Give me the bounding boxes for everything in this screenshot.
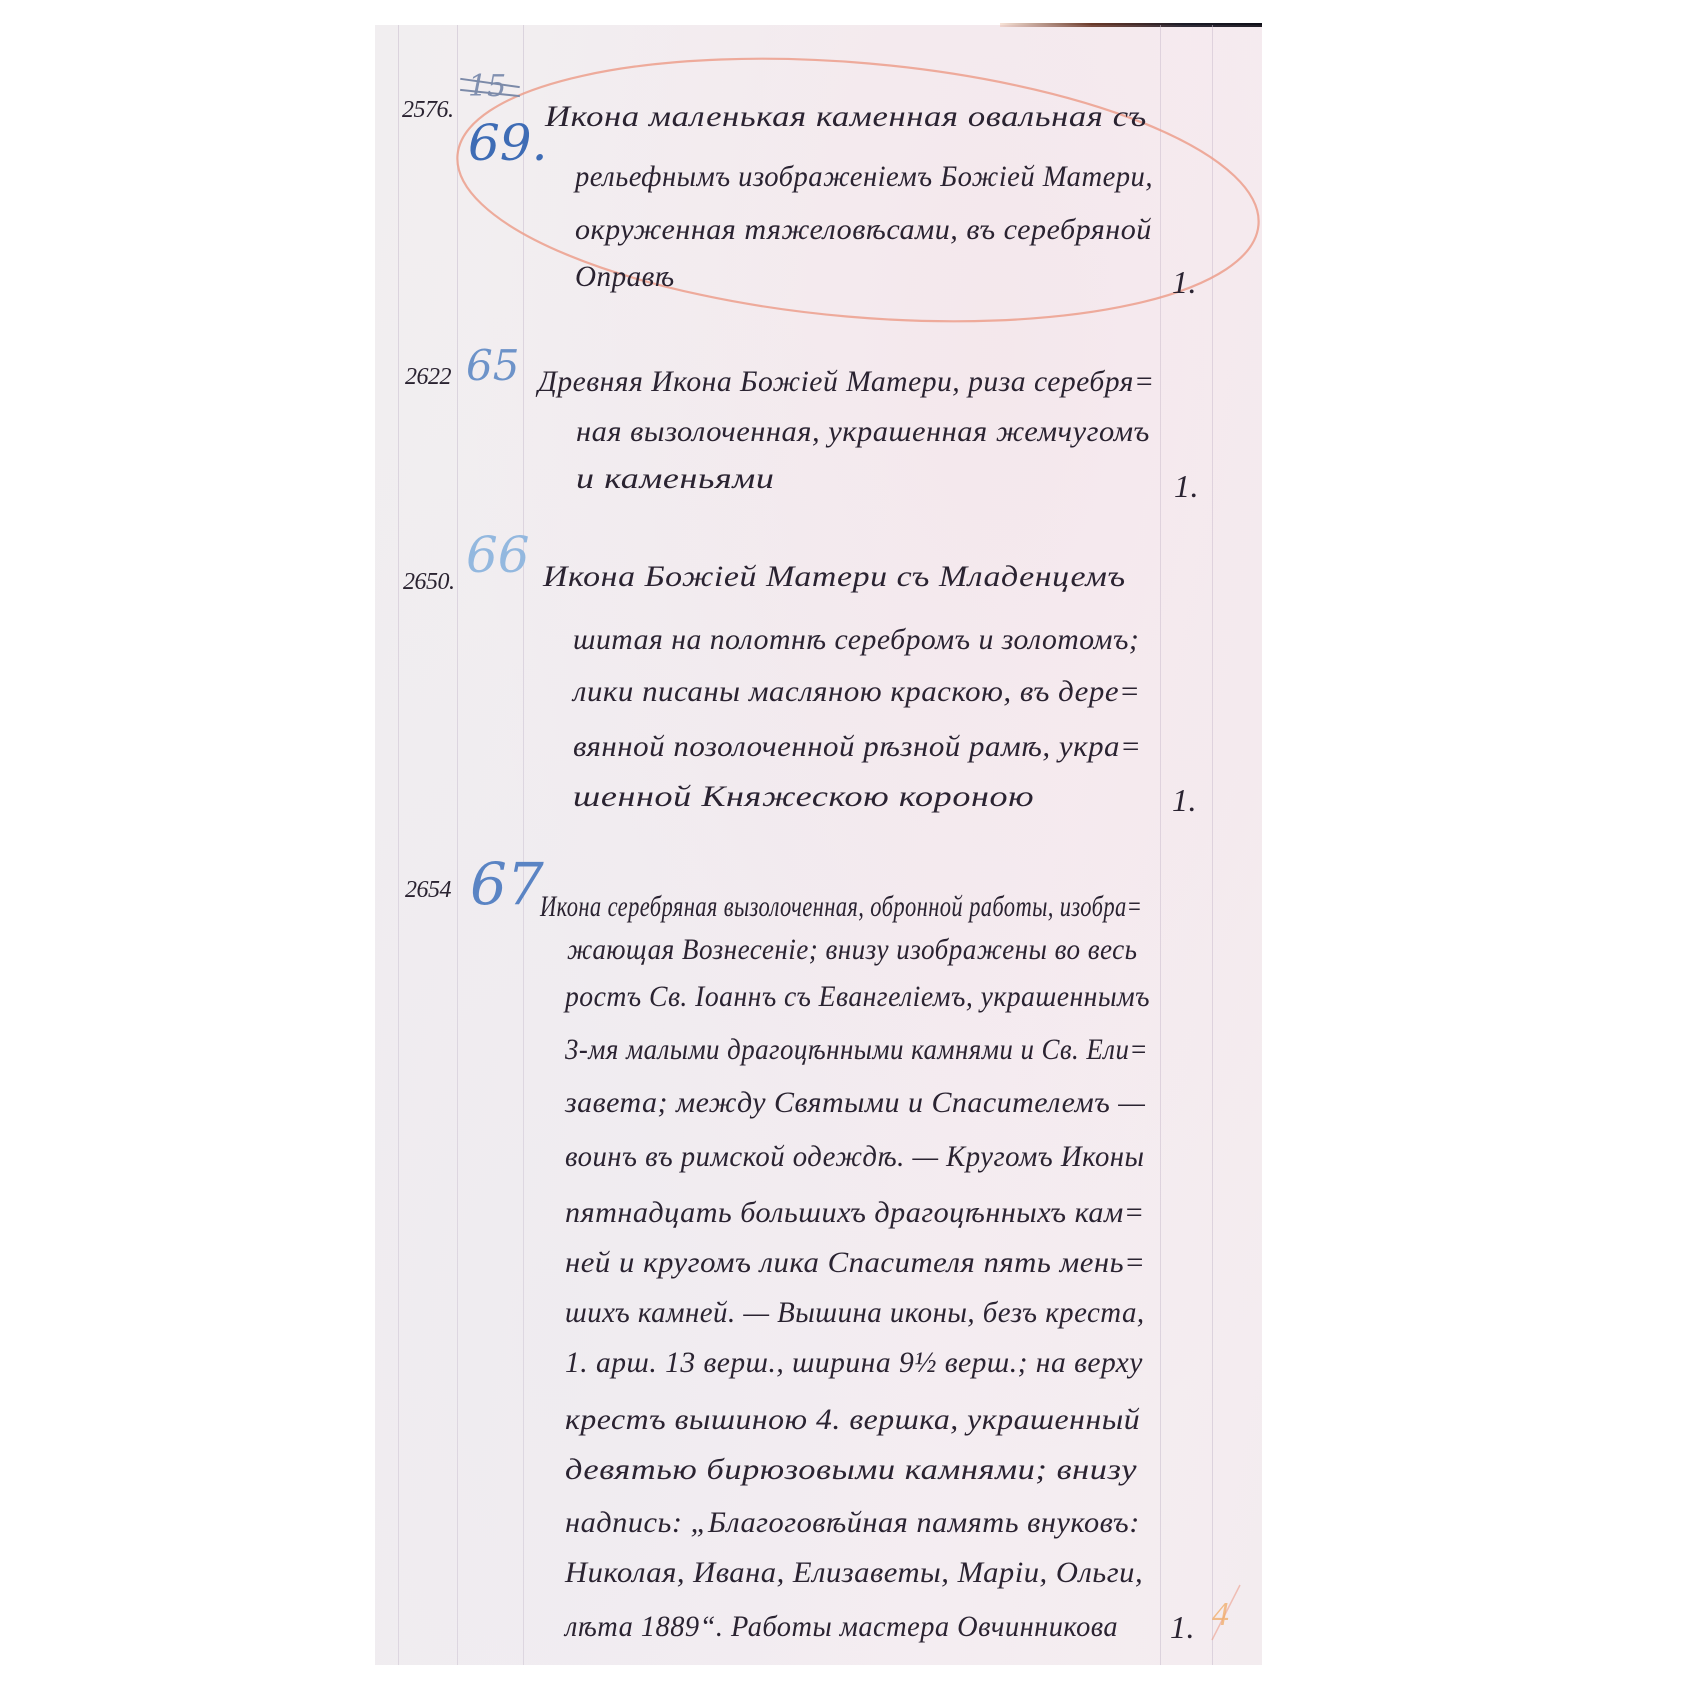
catalog-number: 66 [466,530,530,580]
entry-line: девятью бирюзовыми камнями; внизу [565,1448,1137,1492]
inventory-number: 2650. [403,560,455,604]
entry-line: 3-мя малыми драгоцѣнными камнями и Св. Е… [565,1028,1148,1072]
entry-line: лики писаны масляною краскою, въ дере= [573,670,1140,714]
catalog-number: 65 [466,345,519,387]
entry-line: Древняя Икона Божіей Матери, риза серебр… [538,360,1154,404]
entry-line: ная вызолоченная, украшенная жемчугомъ [576,410,1150,454]
page-top-edge [1000,23,1262,27]
entry-line: Икона маленькая каменная овальная съ [545,95,1147,139]
entry-line: рельефнымъ изображеніемъ Божіей Матери, [575,155,1153,199]
inventory-number: 2576. [402,88,454,132]
entry-line: пятнадцать большихъ драгоцѣнныхъ кам= [565,1191,1145,1235]
quantity: 1. [1172,778,1197,822]
inventory-number: 2622 [405,355,451,399]
entry-line: Икона серебряная вызолоченная, обронной … [540,885,1142,929]
ruled-line [1160,25,1161,1665]
quantity: 1. [1170,1605,1195,1649]
catalog-number: 69. [468,118,548,168]
ruled-line [398,25,399,1665]
ruled-line [457,25,458,1665]
entry-line: воинъ въ римской одеждѣ. — Кругомъ Иконы [565,1135,1145,1179]
entry-line: надпись: „Благоговѣйная память внуковъ: [565,1501,1140,1545]
quantity: 1. [1174,464,1199,508]
entry-line: ростъ Св. Іоаннъ съ Евангеліемъ, украшен… [565,975,1150,1019]
ruled-line [523,25,524,1665]
entry-line: Оправѣ [575,255,675,299]
entry-line: Икона Божіей Матери съ Младенцемъ [543,555,1126,599]
entry-line: ней и кругомъ лика Спасителя пять мень= [565,1241,1145,1285]
quantity: 1. [1172,260,1197,304]
entry-line: 1. арш. 13 верш., ширина 9½ верш.; на ве… [565,1341,1143,1385]
inventory-number: 2654 [405,868,451,912]
entry-line: лѣта 1889“. Работы мастера Овчинникова [565,1605,1118,1649]
catalog-number: 67 [470,855,544,913]
struck-number: 15 [468,72,506,102]
entry-line: шитая на полотнѣ серебромъ и золотомъ; [573,618,1139,662]
entry-line: и каменьями [576,457,774,501]
entry-line: вянной позолоченной рѣзной рамѣ, укра= [573,725,1141,769]
ruled-line [1212,25,1213,1665]
entry-line: жающая Вознесеніе; внизу изображены во в… [567,928,1137,972]
entry-line: шенной Княжескою короною [573,775,1034,819]
orange-margin-mark: 4 [1212,1598,1229,1632]
entry-line: шихъ камней. — Вышина иконы, безъ креста… [565,1291,1145,1335]
entry-line: завета; между Святыми и Спасителемъ — [565,1081,1145,1125]
entry-line: окруженная тяжеловѣсами, въ серебряной [575,208,1152,252]
entry-line: крестъ вышиною 4. вершка, украшенный [565,1398,1140,1442]
entry-line: Николая, Ивана, Елизаветы, Маріи, Ольги, [565,1551,1143,1595]
